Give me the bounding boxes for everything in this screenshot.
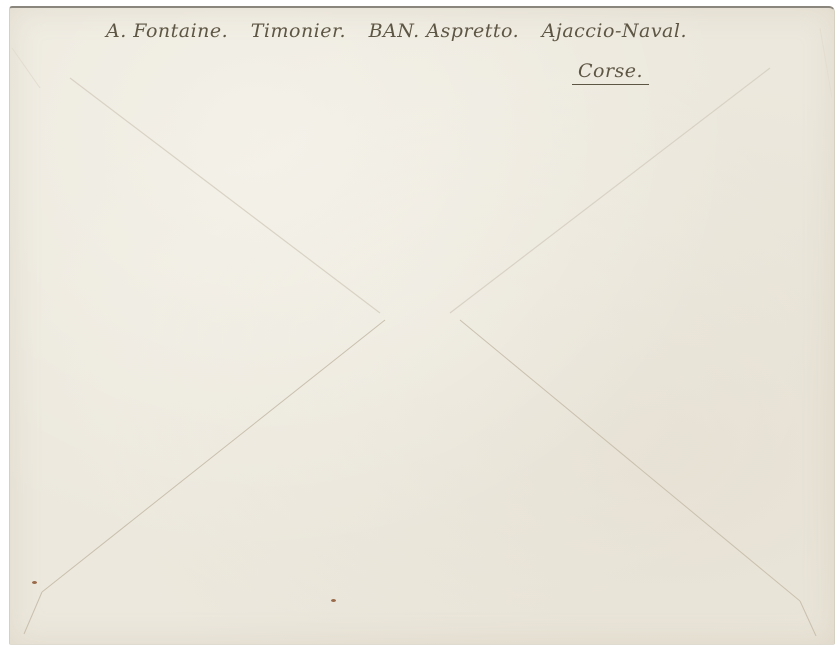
return-address-line-1: A. Fontaine. Timonier. BAN. Aspretto. Aj… [106,20,703,42]
sender-city: Ajaccio-Naval. [542,20,687,42]
sender-rank: Timonier. [251,20,346,42]
return-address-line-2: Corse. [572,60,649,85]
sender-base: BAN. Aspretto. [369,20,520,42]
sender-name: A. Fontaine. [106,20,228,42]
foxing-spot [331,599,336,602]
envelope-fold-lines [10,8,834,644]
envelope-back: A. Fontaine. Timonier. BAN. Aspretto. Aj… [9,6,835,645]
foxing-spot [32,581,37,584]
